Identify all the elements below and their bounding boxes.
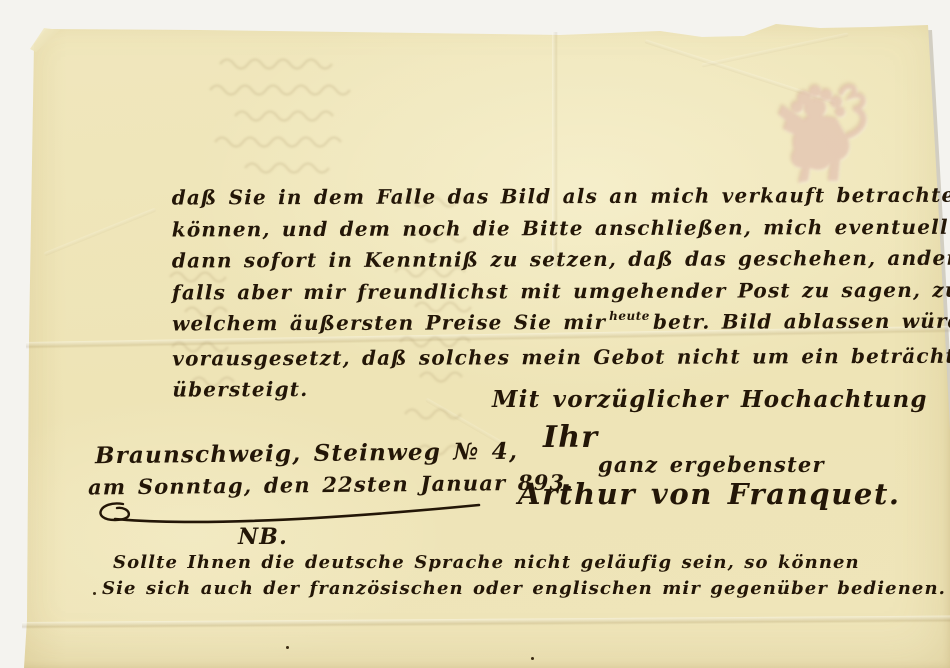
body-line-5-after: betr. Bild ablassen würden, [653,309,950,334]
ink-speck [531,657,534,660]
body-line-5: welchem äußersten Preise Sie mirheutebet… [172,306,950,343]
body-line-5-before: welchem äußersten Preise Sie mir [172,310,606,336]
closing-salutation: Mit vorzüglicher Hochachtung [492,386,928,413]
closing-phrase: ganz ergebenster [598,452,825,477]
body-line-1: daß Sie in dem Falle das Bild als an mic… [172,180,950,214]
dateline-place: Braunschweig, Steinweg № 4, [95,438,518,469]
closing-pronoun: Ihr [543,420,598,455]
letter-body: daß Sie in dem Falle das Bild als an mic… [172,180,950,406]
body-line-4: falls aber mir freundlichst mit umgehend… [172,274,950,308]
postscript-label: NB. [238,524,288,550]
body-line-5-inserted-word: heute [609,309,650,323]
body-line-3: dann sofort in Kenntniß zu setzen, daß d… [172,243,950,277]
body-line-2: können, und dem noch die Bitte anschließ… [172,211,950,245]
lion-rampant-crest-icon [752,76,894,194]
signature: Arthur von Franquet. [518,477,901,511]
postscript-line-2: Sie sich auch der französischen oder eng… [102,578,946,599]
ink-speck [93,592,96,595]
letter-scan: daß Sie in dem Falle das Bild als an mic… [0,0,950,668]
body-line-6: vorausgesetzt, daß solches mein Gebot ni… [172,340,950,374]
ink-speck [286,646,289,649]
postscript-line-1: Sollte Ihnen die deutsche Sprache nicht … [113,552,860,573]
